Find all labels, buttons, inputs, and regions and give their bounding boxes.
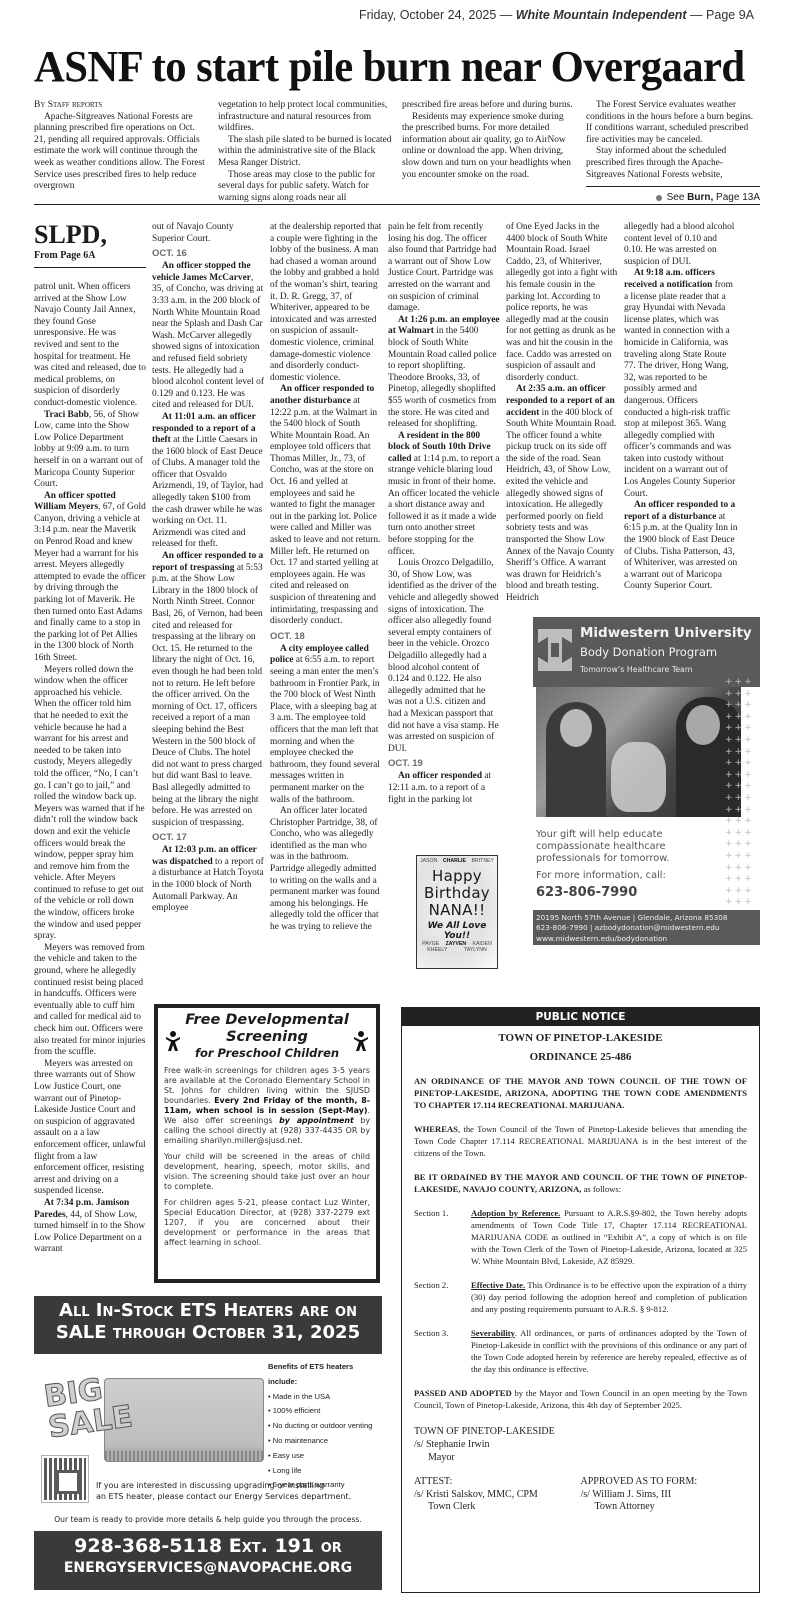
text: Meyers was arrested on three warrants ou… — [34, 1059, 146, 1197]
paragraph: Meyers rolled down the window when the o… — [34, 665, 146, 943]
separator: — — [687, 8, 706, 22]
slpd-column-6: allegedly had a blood alcohol content le… — [624, 222, 738, 593]
text: in the 5400 block of South White Mountai… — [388, 326, 497, 429]
ad-subtitle: for Preschool Children — [164, 1046, 370, 1060]
lead-in: Traci Babb — [44, 410, 89, 420]
section-1: Section 1. Adoption by Reference. Pursua… — [414, 1207, 747, 1267]
ad-body: BIG SALE Benefits of ETS heaters include… — [34, 1354, 382, 1531]
newspaper-name: White Mountain Independent — [516, 8, 687, 22]
section-label: Section 2. — [414, 1279, 471, 1315]
name: TAYLYNN — [464, 947, 487, 953]
ad-body: Your gift will help educate compassionat… — [536, 829, 716, 865]
top-names: JASON CHARLIE BRITNEY — [417, 856, 497, 864]
signature-title: Mayor — [414, 1451, 747, 1464]
ad-paragraph: Free walk-in screenings for children age… — [164, 1066, 370, 1146]
lead-in: An officer responded — [398, 771, 482, 781]
name: JASON — [420, 858, 437, 864]
section-text: Severability. All ordinances, or parts o… — [471, 1327, 747, 1375]
anatomy-model — [611, 742, 666, 812]
burn-column-1: By Staff reports Apache-Sitgreaves Natio… — [34, 100, 208, 204]
signature-name: /s/ William J. Sims, III — [581, 1489, 748, 1502]
lead-in: WHEREAS — [414, 1124, 458, 1134]
burn-column-2: vegetation to help protect local communi… — [218, 100, 392, 204]
paragraph: An officer responded to a report of tres… — [152, 551, 264, 829]
lead-in: An officer stopped the vehicle James McC… — [152, 261, 251, 283]
section-title: Adoption by Reference. — [471, 1208, 560, 1218]
message-line: If you are interested in discussing upgr… — [96, 1480, 351, 1491]
slpd-header: SLPD, From Page 6A — [34, 222, 146, 268]
paragraph: Louis Orozco Delgadillo, 30, of Show Low… — [388, 558, 500, 755]
message-line: an ETS heater, please contact our Energy… — [96, 1491, 351, 1502]
signature-title: Town Clerk — [414, 1501, 581, 1514]
ets-heaters-ad: All In-Stock ETS Heaters are on SALE thr… — [34, 1296, 382, 1590]
slpd-title: SLPD, — [34, 222, 146, 248]
text: , 35, of Concho, was driving at 3:33 a.m… — [152, 273, 264, 411]
ad-phone[interactable]: 928-368-5118 Ext. 191 or — [34, 1534, 382, 1558]
midwestern-university-ad[interactable]: Midwestern University Body Donation Prog… — [533, 617, 760, 945]
attest-signatures: ATTEST: /s/ Kristi Salskov, MMC, CPM Tow… — [414, 1476, 747, 1514]
text: at the dealership reported that a couple… — [270, 222, 381, 383]
ad-contact[interactable]: 623-806-7990 | azbodydonation@midwestern… — [536, 923, 760, 933]
passed-clause: PASSED AND ADOPTED by the Mayor and Town… — [414, 1387, 747, 1411]
burn-column-3: prescribed fire areas before and during … — [402, 100, 576, 204]
section-2: Section 2. Effective Date. This Ordinanc… — [414, 1279, 747, 1315]
ad-title: Screening — [164, 1029, 370, 1046]
lead-in: At 9:18 a.m. officers received a notific… — [624, 268, 715, 290]
developmental-screening-ad: Free Developmental Screening for Prescho… — [154, 1004, 380, 1283]
ordinance-number: ORDINANCE 25-486 — [414, 1051, 747, 1063]
paragraph: An officer later located Christopher Par… — [270, 806, 382, 934]
ad-phone[interactable]: 623-806-7990 — [536, 885, 637, 900]
section-title: Severability — [471, 1328, 515, 1338]
date-subhead: OCT. 17 — [152, 832, 264, 843]
paragraph: Meyers was arrested on three warrants ou… — [34, 1059, 146, 1198]
ad-title: Midwestern University — [580, 625, 752, 641]
headline-line: All In-Stock ETS Heaters are on — [34, 1300, 382, 1322]
text: at 5:53 p.m. at the Show Low Library in … — [152, 563, 263, 828]
burn-article-body: By Staff reports Apache-Sitgreaves Natio… — [34, 100, 760, 204]
text: in the 400 block of South White Mountain… — [506, 408, 616, 604]
plus-pattern-icon: +++ +++ +++ +++ +++ +++ +++ +++ +++ +++ … — [725, 677, 760, 909]
paragraph: An officer responded at 12:11 a.m. to a … — [388, 771, 500, 806]
byline: By Staff reports — [34, 100, 208, 112]
paragraph: The Forest Service evaluates weather con… — [586, 100, 760, 146]
section-text: Effective Date. This Ordinance is to be … — [471, 1279, 747, 1315]
jump-prefix: See — [667, 192, 688, 203]
paragraph: A city employee called police at 6:55 a.… — [270, 644, 382, 806]
ad-title: Free Developmental — [164, 1012, 370, 1029]
ad-tagline: Tomorrow’s Healthcare Team — [580, 665, 692, 674]
signature-label: ATTEST: — [414, 1476, 581, 1489]
benefit-item: • 100% efficient — [268, 1404, 382, 1419]
name: CHARLIE — [443, 858, 466, 864]
signature-label: APPROVED AS TO FORM: — [581, 1476, 748, 1489]
ad-paragraph: For children ages 5-21, please contact L… — [164, 1198, 370, 1248]
paragraph: An officer spotted William Meyers, 67, o… — [34, 491, 146, 665]
paragraph: At 2:35 a.m. an officer responded to a r… — [506, 384, 618, 604]
benefits-title: Benefits of ETS heaters include: — [268, 1360, 382, 1390]
message-line: Our team is ready to provide more detail… — [37, 1515, 379, 1524]
section-title: Effective Date. — [471, 1280, 525, 1290]
section-3: Section 3. Severability. All ordinances,… — [414, 1327, 747, 1375]
qr-code-icon[interactable] — [42, 1456, 88, 1502]
text: from a license plate reader that a gray … — [624, 280, 735, 499]
paragraph: Traci Babb, 56, of Show Low, came into t… — [34, 410, 146, 491]
paragraph: Residents may experience smoke during th… — [402, 112, 576, 182]
date-subhead: OCT. 18 — [270, 631, 382, 642]
signature-name: /s/ Kristi Salskov, MMC, CPM — [414, 1489, 581, 1502]
paragraph: At 12:03 p.m. an officer was dispatched … — [152, 845, 264, 915]
ad-website-link[interactable]: www.midwestern.edu/bodydonation — [536, 934, 760, 944]
paragraph: An officer responded to another disturba… — [270, 384, 382, 627]
headline-line: SALE through October 31, 2025 — [34, 1322, 382, 1344]
paragraph: at the dealership reported that a couple… — [270, 222, 382, 384]
greeting-line: Birthday — [417, 885, 497, 902]
paragraph: The slash pile slated to be burned is lo… — [218, 135, 392, 170]
slpd-column-3: at the dealership reported that a couple… — [270, 222, 382, 934]
name: BRITNEY — [472, 858, 494, 864]
text: , the Town Council of the Town of Pineto… — [414, 1124, 747, 1158]
signature-town: TOWN OF PINETOP-LAKESIDE — [414, 1425, 747, 1438]
greeting-line: Happy — [417, 868, 497, 885]
slpd-column-4: pain he felt from recently losing his do… — [388, 222, 500, 806]
child-figure-icon — [166, 1031, 180, 1051]
text: Meyers rolled down the window when the o… — [34, 665, 145, 942]
public-notice: PUBLIC NOTICE TOWN OF PINETOP-LAKESIDE O… — [401, 1007, 760, 1593]
paragraph: An officer responded to a report of a di… — [624, 500, 738, 593]
text: Louis Orozco Delgadillo, 30, of Show Low… — [388, 558, 499, 754]
midwestern-logo-icon — [538, 629, 572, 671]
lead-in: PASSED AND ADOPTED — [414, 1388, 512, 1398]
slpd-column-2: out of Navajo County Superior Court. OCT… — [152, 222, 264, 915]
paragraph: At 7:34 p.m. Jamison Paredes, 44, of Sho… — [34, 1198, 146, 1256]
burn-column-4: The Forest Service evaluates weather con… — [586, 100, 760, 204]
ad-subtitle: Body Donation Program — [580, 645, 717, 659]
text: at 6:55 a.m. to report seeing a man ente… — [270, 655, 380, 804]
section-label: Section 1. — [414, 1207, 471, 1267]
text: allegedly had a blood alcohol content le… — [624, 222, 734, 267]
benefit-item: • Made in the USA — [268, 1390, 382, 1405]
page-dateline: Friday, October 24, 2025 — White Mountai… — [359, 8, 754, 22]
jump-link[interactable]: See Burn, Page 13A — [586, 186, 760, 203]
bottom-names: KHEELY TAYLYNN — [417, 947, 497, 953]
ad-address: 20195 North 57th Avenue | Glendale, Ariz… — [536, 913, 760, 923]
paragraph-group: at the dealership reported that a couple… — [270, 222, 382, 628]
greeting-line: NANA!! — [417, 902, 497, 919]
date-subhead: OCT. 19 — [388, 758, 500, 769]
paragraph: Stay informed about the scheduled prescr… — [586, 146, 760, 181]
signature-name: /s/ Stephanie Irwin — [414, 1438, 747, 1451]
divider — [34, 267, 146, 268]
issue-date: Friday, October 24, 2025 — [359, 8, 496, 22]
date-subhead: OCT. 16 — [152, 248, 264, 259]
paragraph: pain he felt from recently losing his do… — [388, 222, 500, 315]
ad-email-link[interactable]: ENERGYSERVICES@NAVOPACHE.ORG — [34, 1558, 382, 1578]
text: as follows: — [581, 1184, 621, 1194]
text: , 56, of Show Low, came into the Show Lo… — [34, 410, 143, 490]
jump-page: Page 13A — [713, 192, 760, 203]
attest-block: ATTEST: /s/ Kristi Salskov, MMC, CPM Tow… — [414, 1476, 581, 1514]
text: at 12:22 p.m. at the Walmart in the 5400… — [270, 396, 380, 626]
ad-paragraph: Your child will be screened in the areas… — [164, 1152, 370, 1192]
text: at 6:15 p.m. at the Quality Inn in the 1… — [624, 512, 738, 592]
ordinance-preamble: AN ORDINANCE OF THE MAYOR AND TOWN COUNC… — [414, 1075, 747, 1111]
paragraph: At 11:01 a.m. an officer responded to a … — [152, 412, 264, 551]
signature-title: Town Attorney — [581, 1501, 748, 1514]
big-sale-graphic: BIG SALE — [42, 1370, 134, 1443]
paragraph-group: An officer stopped the vehicle James McC… — [152, 261, 264, 829]
approved-block: APPROVED AS TO FORM: /s/ William J. Sims… — [581, 1476, 748, 1514]
paragraph: At 9:18 a.m. officers received a notific… — [624, 268, 738, 500]
jump-word: Burn, — [687, 192, 713, 203]
paragraph: At 1:26 p.m. an employee at Walmart in t… — [388, 315, 500, 431]
paragraph: allegedly had a blood alcohol content le… — [624, 222, 738, 268]
slpd-column-1: patrol unit. When officers arrived at th… — [34, 282, 146, 1256]
paragraph: An officer stopped the vehicle James McC… — [152, 261, 264, 412]
paragraph: of One Eyed Jacks in the 4400 block of S… — [506, 222, 618, 384]
ad-contact-footer: 928-368-5118 Ext. 191 or ENERGYSERVICES@… — [34, 1534, 382, 1578]
mayor-signature: TOWN OF PINETOP-LAKESIDE /s/ Stephanie I… — [414, 1425, 747, 1464]
students-photo — [536, 687, 741, 817]
text: An officer later located Christopher Par… — [270, 806, 380, 932]
student-face — [686, 705, 720, 745]
ordained-clause: BE IT ORDAINED BY THE MAYOR AND COUNCIL … — [414, 1171, 747, 1195]
emphasis: by appointment — [279, 1116, 354, 1125]
text: at the Little Caesars in the 1600 block … — [152, 435, 263, 549]
burn-headline: ASNF to start pile burn near Overgaard — [34, 43, 738, 91]
benefit-item: • Long life — [268, 1464, 382, 1479]
text: of One Eyed Jacks in the 4400 block of S… — [506, 222, 617, 383]
paragraph: Meyers was removed from the vehicle and … — [34, 943, 146, 1059]
text: at 1:14 p.m. to report a strange vehicle… — [388, 454, 499, 557]
benefit-item: • Easy use — [268, 1449, 382, 1464]
ad-headline: All In-Stock ETS Heaters are on SALE thr… — [34, 1296, 382, 1344]
benefit-item: • No ducting or outdoor venting — [268, 1419, 382, 1434]
paragraph: A resident in the 800 block of South 10t… — [388, 431, 500, 559]
birthday-ad: JASON CHARLIE BRITNEY Happy Birthday NAN… — [416, 855, 498, 969]
paragraph: out of Navajo County Superior Court. — [152, 222, 264, 245]
paragraph-group: pain he felt from recently losing his do… — [388, 222, 500, 755]
heater-grille — [105, 1451, 263, 1461]
child-figure-icon — [354, 1031, 368, 1051]
paragraph: vegetation to help protect local communi… — [218, 100, 392, 135]
paragraph: patrol unit. When officers arrived at th… — [34, 282, 146, 410]
separator: — — [496, 8, 515, 22]
name: KHEELY — [427, 947, 447, 953]
notice-town: TOWN OF PINETOP-LAKESIDE — [414, 1032, 747, 1044]
section-text: Adoption by Reference. Pursuant to A.R.S… — [471, 1207, 747, 1267]
section-divider — [34, 204, 760, 205]
student-face — [560, 709, 592, 747]
paragraph: prescribed fire areas before and during … — [402, 100, 576, 112]
section-label: Section 3. — [414, 1327, 471, 1375]
text: Meyers was removed from the vehicle and … — [34, 943, 145, 1057]
whereas-clause: WHEREAS, the Town Council of the Town of… — [414, 1123, 747, 1159]
ad-call-label: For more information, call: — [536, 870, 666, 881]
slpd-column-5: of One Eyed Jacks in the 4400 block of S… — [506, 222, 618, 605]
notice-header-bar: PUBLIC NOTICE — [402, 1008, 759, 1026]
text: , 67, of Gold Canyon, driving a vehicle … — [34, 502, 146, 663]
page-number: Page 9A — [706, 8, 754, 22]
paragraph: Those areas may close to the public for … — [218, 170, 392, 205]
paragraph-group: A city employee called police at 6:55 a.… — [270, 644, 382, 934]
ad-footer: 20195 North 57th Avenue | Glendale, Ariz… — [533, 910, 760, 945]
slpd-continued-from: From Page 6A — [34, 250, 146, 261]
text: pain he felt from recently losing his do… — [388, 222, 496, 313]
bullet-icon — [656, 195, 662, 201]
benefit-item: • No maintenance — [268, 1434, 382, 1449]
text: patrol unit. When officers arrived at th… — [34, 282, 146, 408]
paragraph: Apache-Sitgreaves National Forests are p… — [34, 112, 208, 193]
benefits-list: Benefits of ETS heaters include: • Made … — [268, 1360, 382, 1493]
contact-message: If you are interested in discussing upgr… — [96, 1480, 351, 1502]
love-message: We All Love You!! — [417, 921, 497, 941]
